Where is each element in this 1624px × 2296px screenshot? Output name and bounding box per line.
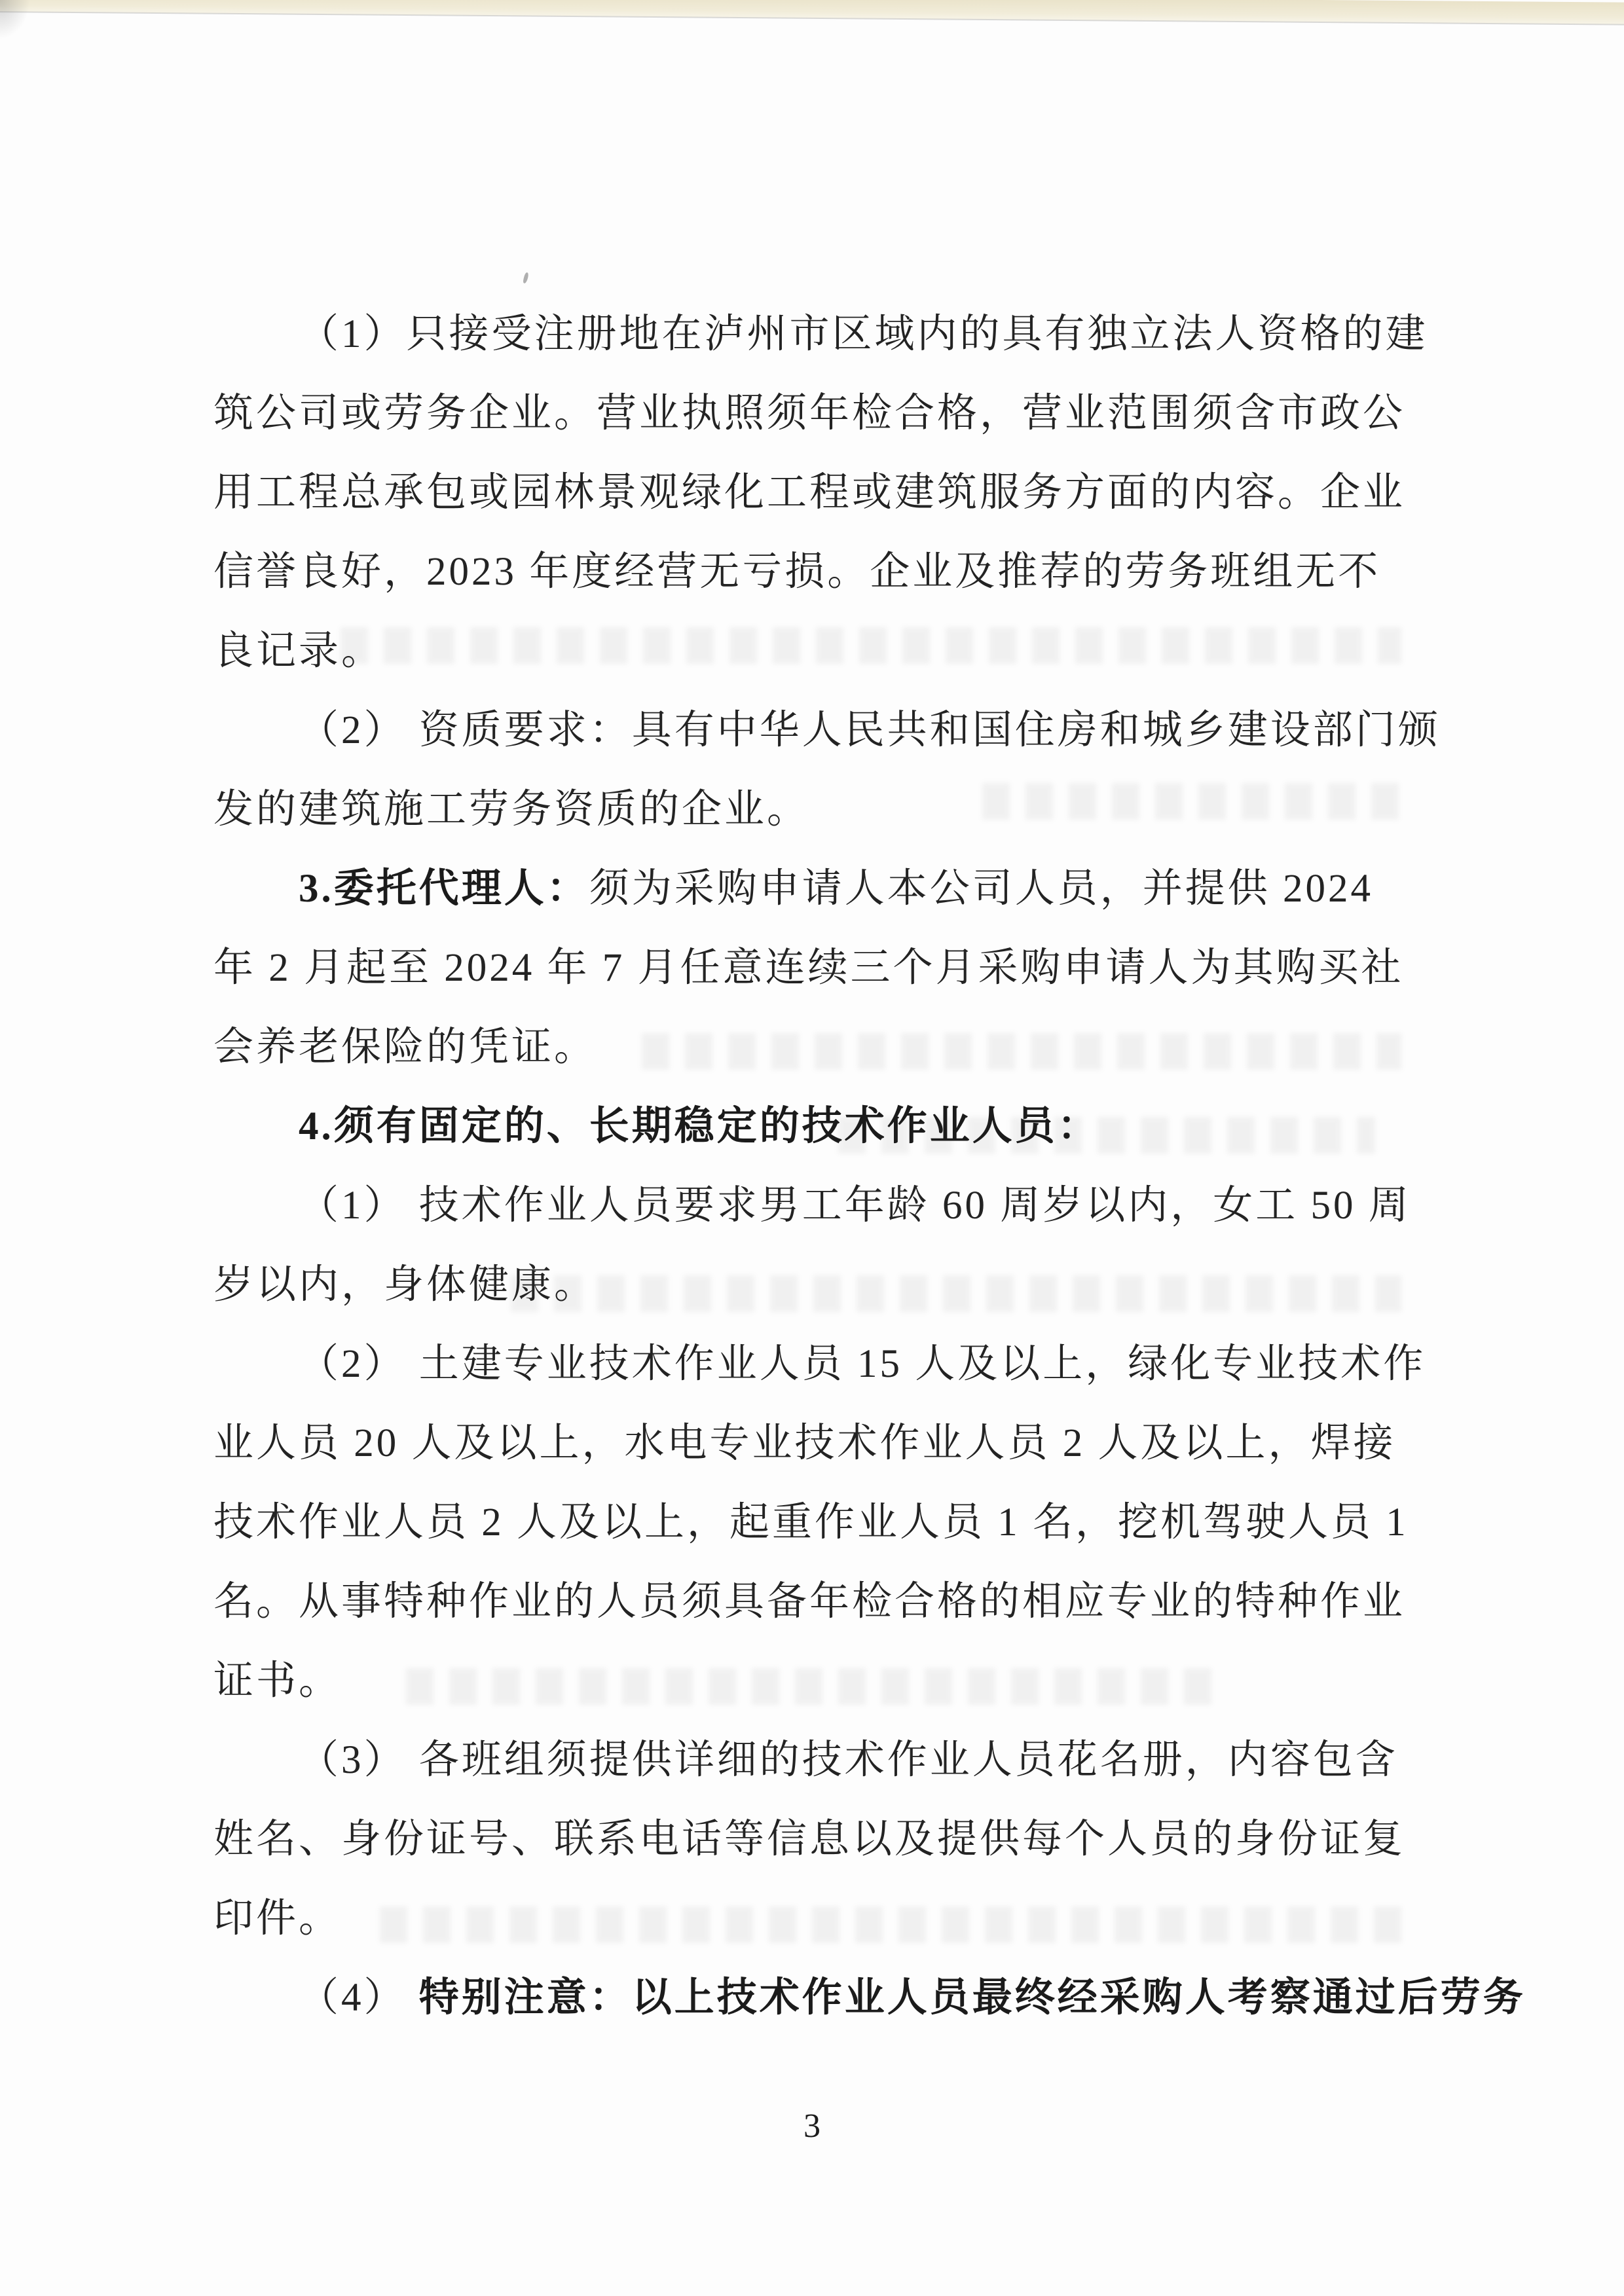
text-line: 筑公司或劳务企业。营业执照须年检合格，营业范围须含市政公: [213, 374, 1412, 453]
text-line: 姓名、身份证号、联系电话等信息以及提供每个人员的身份证复: [213, 1800, 1412, 1879]
text-line: 印件。: [213, 1879, 1412, 1958]
text-run: 良记录。: [213, 629, 384, 673]
text-run: 名。从事特种作业的人员须具备年检合格的相应专业的特种作业: [213, 1580, 1405, 1624]
text-line: （2） 资质要求：具有中华人民共和国住房和城乡建设部门颁: [213, 691, 1412, 770]
text-run: 印件。: [213, 1897, 341, 1941]
text-run: 会养老保险的凭证。: [213, 1025, 597, 1069]
text-line: （1） 技术作业人员要求男工年龄 60 周岁以内，女工 50 周: [213, 1166, 1412, 1245]
text-line: 技术作业人员 2 人及以上，起重作业人员 1 名，挖机驾驶人员 1: [213, 1483, 1412, 1562]
text-run: （4）: [299, 1976, 419, 2020]
text-run: 发的建筑施工劳务资质的企业。: [213, 788, 809, 831]
bold-text-run: 特别注意：: [419, 1976, 632, 2020]
bold-text-run: 4.须有固定的、长期稳定的技术作业人员：: [299, 1104, 1100, 1148]
page-number: 3: [0, 2107, 1624, 2145]
text-run: 年 2 月起至 2024 年 7 月任意连续三个月采购申请人为其购买社: [213, 946, 1404, 990]
text-run: 筑公司或劳务企业。营业执照须年检合格，营业范围须含市政公: [213, 392, 1405, 435]
text-line: 证书。: [213, 1641, 1412, 1721]
text-line: 信誉良好，2023 年度经营无亏损。企业及推荐的劳务班组无不: [213, 532, 1412, 611]
text-run: （1） 技术作业人员要求男工年龄 60 周岁以内，女工 50 周: [299, 1184, 1411, 1228]
text-run: 业人员 20 人及以上，水电专业技术作业人员 2 人及以上，焊接: [213, 1421, 1396, 1465]
text-run: 信誉良好，2023 年度经营无亏损。企业及推荐的劳务班组无不: [213, 550, 1380, 594]
text-line: （3） 各班组须提供详细的技术作业人员花名册，内容包含: [213, 1721, 1412, 1800]
text-line: 会养老保险的凭证。: [213, 1008, 1412, 1087]
document-body-text: （1）只接受注册地在泸州市区域内的具有独立法人资格的建筑公司或劳务企业。营业执照…: [213, 295, 1412, 2037]
text-line: 用工程总承包或园林景观绿化工程或建筑服务方面的内容。企业: [213, 453, 1412, 532]
document-page: （1）只接受注册地在泸州市区域内的具有独立法人资格的建筑公司或劳务企业。营业执照…: [0, 0, 1624, 2296]
bold-text-run: 以上技术作业人员最终经采购人考察通过后劳务: [632, 1976, 1526, 2020]
text-line: （2） 土建专业技术作业人员 15 人及以上，绿化专业技术作: [213, 1324, 1412, 1404]
scan-edge-artifact: [0, 0, 1624, 25]
text-line: 3.委托代理人：须为采购申请人本公司人员，并提供 2024: [213, 849, 1412, 928]
text-line: 良记录。: [213, 611, 1412, 691]
text-run: 岁以内，身体健康。: [213, 1263, 597, 1307]
text-line: （4） 特别注意：以上技术作业人员最终经采购人考察通过后劳务: [213, 1958, 1412, 2037]
text-run: 须为采购申请人本公司人员，并提供 2024: [589, 867, 1373, 911]
text-run: （2） 资质要求：具有中华人民共和国住房和城乡建设部门颁: [299, 708, 1441, 752]
text-line: 发的建筑施工劳务资质的企业。: [213, 770, 1412, 849]
text-line: 4.须有固定的、长期稳定的技术作业人员：: [213, 1087, 1412, 1166]
text-run: 姓名、身份证号、联系电话等信息以及提供每个人员的身份证复: [213, 1817, 1405, 1861]
text-run: （3） 各班组须提供详细的技术作业人员花名册，内容包含: [299, 1738, 1398, 1782]
text-line: 业人员 20 人及以上，水电专业技术作业人员 2 人及以上，焊接: [213, 1404, 1412, 1483]
text-line: 名。从事特种作业的人员须具备年检合格的相应专业的特种作业: [213, 1562, 1412, 1641]
text-run: 用工程总承包或园林景观绿化工程或建筑服务方面的内容。企业: [213, 471, 1405, 515]
text-run: （1）只接受注册地在泸州市区域内的具有独立法人资格的建: [299, 312, 1428, 356]
text-run: 证书。: [213, 1659, 341, 1703]
scan-corner-shadow: [0, 0, 30, 39]
scan-speck: [523, 272, 529, 284]
text-line: 年 2 月起至 2024 年 7 月任意连续三个月采购申请人为其购买社: [213, 928, 1412, 1008]
text-run: 技术作业人员 2 人及以上，起重作业人员 1 名，挖机驾驶人员 1: [213, 1501, 1409, 1544]
text-run: （2） 土建专业技术作业人员 15 人及以上，绿化专业技术作: [299, 1342, 1426, 1386]
bold-text-run: 3.委托代理人：: [299, 867, 589, 911]
text-line: 岁以内，身体健康。: [213, 1245, 1412, 1324]
text-line: （1）只接受注册地在泸州市区域内的具有独立法人资格的建: [213, 295, 1412, 374]
